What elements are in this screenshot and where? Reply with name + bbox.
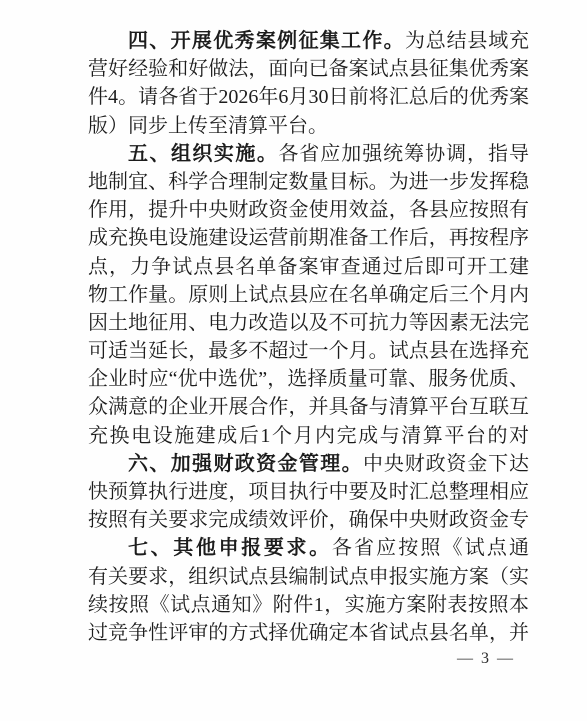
text-line: 众满意的企业开展合作，并具备与清算平台互联互通和直连能力， [88,393,529,421]
paragraph-heading: 四、开展优秀案例征集工作。 [128,30,405,52]
text-line: 有关要求，组织试点县编制试点申报实施方案（实施方案正文继 [88,563,529,591]
paragraph-heading: 六、加强财政资金管理。 [128,453,363,475]
text-line: 地制宜、科学合理制定数量目标。为进一步发挥稳投资、促消费 [88,168,529,196]
text-line: 件4。请各省于2026年6月30日前将汇总后的优秀案例材料（Word [88,83,529,111]
text-line: 七、其他申报要求。各省应按照《试点通知》、《2025年通知》 [88,534,529,562]
text-line: 快预算执行进度，项目执行中要及时汇总整理相应资金支付凭证， [88,478,529,506]
text-line: 按照有关要求完成绩效评价，确保中央财政资金专款专用。 [88,506,529,534]
paragraph-heading: 七、其他申报要求。 [128,537,332,559]
text-line: 可适当延长，最多不超过一个月。试点县在选择充换电设施运营 [88,337,529,365]
text-line: 过竞争性评审的方式择优确定本省试点县名单，并于2026年3月18 [88,619,529,647]
text-line: 六、加强财政资金管理。中央财政资金下达后，试点县应加 [88,450,529,478]
page-number: — 3 — [457,649,515,669]
text-line: 版）同步上传至清算平台。 [88,112,529,140]
text-line: 因土地征用、电力改造以及不可抗力等因素无法完成建设投运的， [88,309,529,337]
text-line: 点，力争试点县名单备案审查通过后即可开工建设，尽快形成实 [88,253,529,281]
text-line: 五、组织实施。各省应加强统筹协调，指导第三批试点县因 [88,140,529,168]
text-line: 充换电设施建成后1个月内完成与清算平台的对接。 [88,422,529,450]
text-line: 企业时应“优中选优”，选择质量可靠、服务优质、技术先进、群 [88,365,529,393]
text-line: 物工作量。原则上试点县应在名单确定后三个月内开工建设，确 [88,281,529,309]
text-line: 成充换电设施建设运营前期准备工作后，再按程序向省级申报试 [88,224,529,252]
text-line: 作用，提升中央财政资金使用效益，各县应按照有关规划基本完 [88,196,529,224]
document-body: 四、开展优秀案例征集工作。为总结县域充换电设施建设运营好经验和好做法，面向已备案… [88,27,529,647]
text-line: 续按照《试点通知》附件1，实施方案附表按照本通知附件3）。通 [88,591,529,619]
text-line: 四、开展优秀案例征集工作。为总结县域充换电设施建设运 [88,27,529,55]
text-line: 营好经验和好做法，面向已备案试点县征集优秀案例，模板见附 [88,55,529,83]
document-page: 四、开展优秀案例征集工作。为总结县域充换电设施建设运营好经验和好做法，面向已备案… [0,0,587,721]
paragraph-heading: 五、组织实施。 [128,143,278,165]
